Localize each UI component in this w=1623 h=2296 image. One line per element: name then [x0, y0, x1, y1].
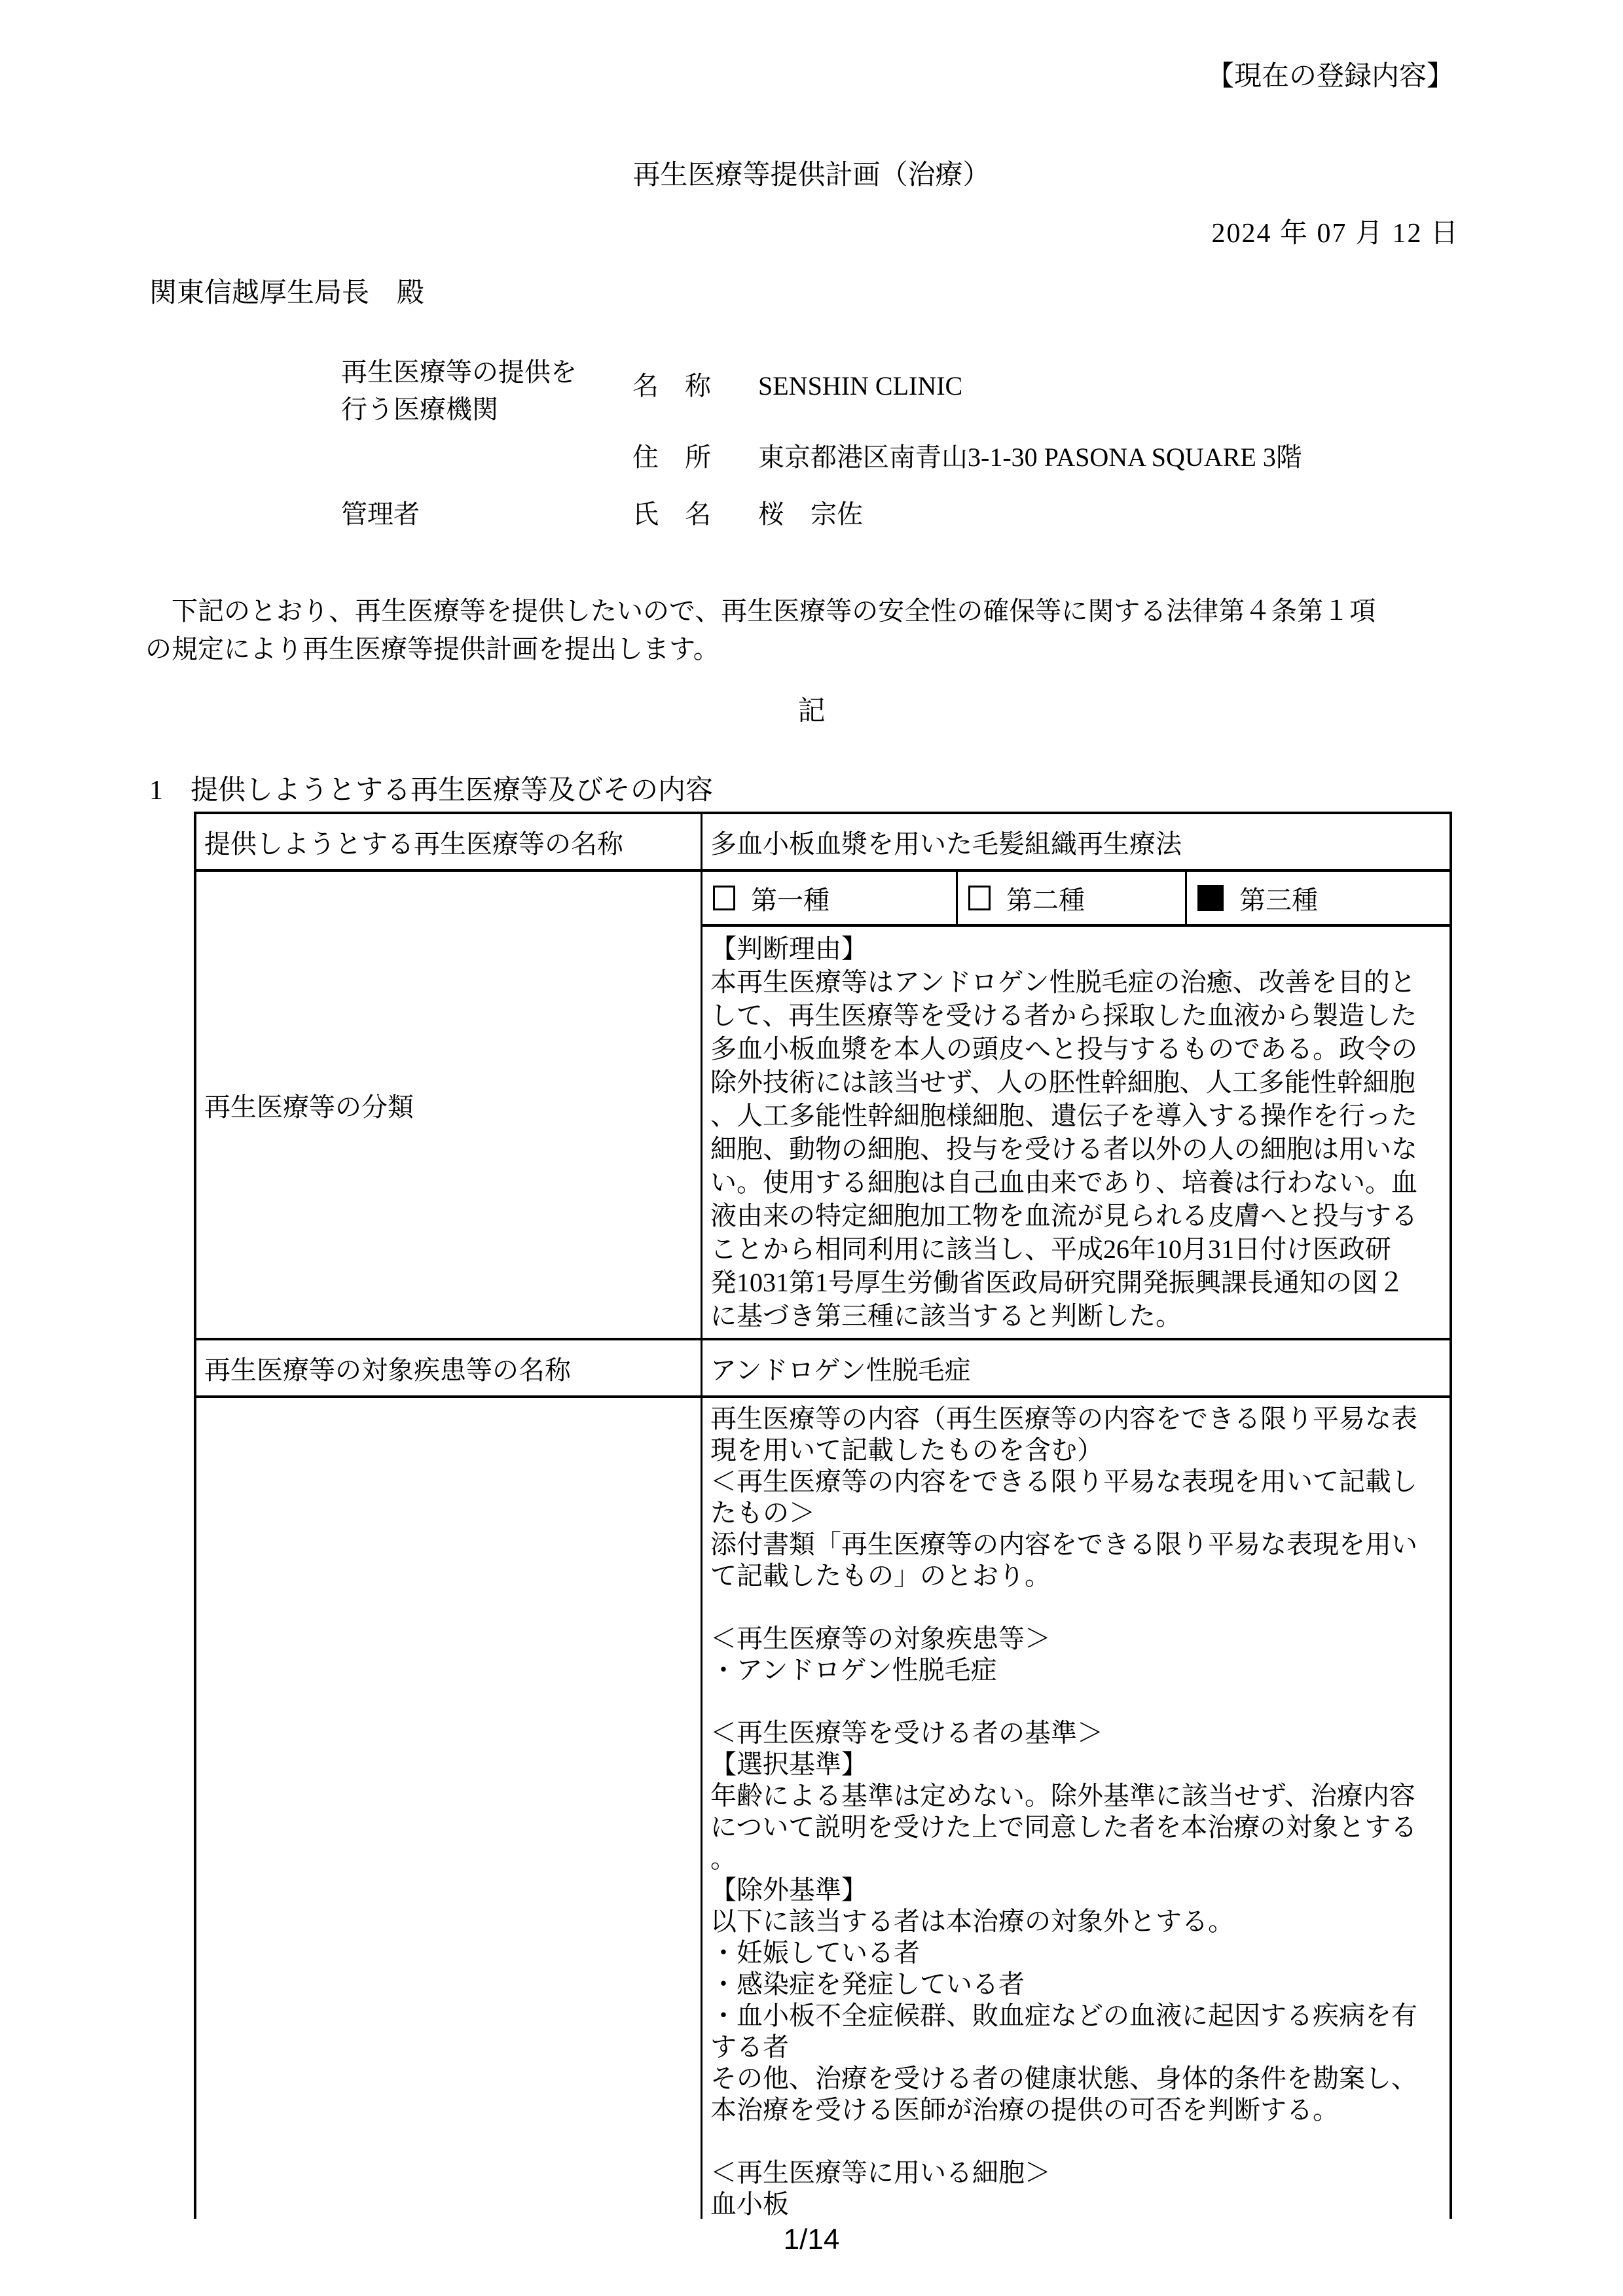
- treatment-name-value: 多血小板血漿を用いた毛髪組織再生療法: [702, 814, 1450, 869]
- ki-mark: 記: [0, 695, 1623, 728]
- section1-heading: 1 提供しようとする再生医療等及びその内容: [149, 774, 713, 807]
- document-title: 再生医療等提供計画（治療）: [0, 159, 1623, 192]
- class2-option: 第二種: [958, 872, 1187, 924]
- table-row-treatment-name: 提供しようとする再生医療等の名称 多血小板血漿を用いた毛髪組織再生療法: [196, 814, 1450, 872]
- class1-option: 第一種: [702, 872, 958, 924]
- class3-option: 第三種: [1187, 872, 1450, 924]
- intro-paragraph: 下記のとおり、再生医療等を提供したいので、再生医療等の安全性の確保等に関する法律…: [145, 592, 1494, 668]
- class2-checkbox: [968, 886, 991, 910]
- clinic-address-value: 東京都港区南青山3-1-30 PASONA SQUARE 3階: [758, 442, 1302, 473]
- classification-right-column: 第一種 第二種 第三種 【判断理由】 本再生医療等はアンドロゲン性脱毛症の治癒、…: [702, 872, 1450, 1338]
- classification-checkbox-row: 第一種 第二種 第三種: [702, 872, 1450, 927]
- table-row-treatment-content: 再生医療等の内容（再生医療等の内容をできる限り平易な表 現を用いて記載したものを…: [196, 1398, 1450, 2219]
- provider-organization-label: 再生医療等の提供を 行う医療機関: [341, 353, 577, 428]
- addressee-line: 関東信越厚生局長 殿: [149, 277, 424, 310]
- manager-name-value: 桜 宗佐: [758, 499, 863, 530]
- class1-checkbox: [713, 886, 735, 910]
- address-field-label: 住 所: [632, 442, 711, 473]
- clinic-name-value: SENSHIN CLINIC: [758, 370, 962, 402]
- classification-label: 再生医療等の分類: [196, 872, 702, 1338]
- class3-label: 第三種: [1239, 880, 1318, 917]
- class1-label: 第一種: [751, 880, 830, 917]
- target-disease-label: 再生医療等の対象疾患等の名称: [196, 1340, 702, 1395]
- classification-reason-text: 【判断理由】 本再生医療等はアンドロゲン性脱毛症の治癒、改善を目的と して、再生…: [702, 927, 1450, 1338]
- registration-status-label: 【現在の登録内容】: [1207, 60, 1454, 93]
- name-field-label: 名 称: [632, 370, 711, 402]
- manager-label: 管理者: [341, 499, 420, 530]
- document-page: 【現在の登録内容】 再生医療等提供計画（治療） 2024 年 07 月 12 日…: [0, 0, 1623, 2296]
- document-date: 2024 年 07 月 12 日: [1211, 217, 1459, 250]
- page-number: 1/14: [0, 2223, 1623, 2257]
- manager-name-field-label: 氏 名: [632, 499, 711, 530]
- class3-checkbox: [1197, 885, 1224, 911]
- table-row-target-disease: 再生医療等の対象疾患等の名称 アンドロゲン性脱毛症: [196, 1340, 1450, 1398]
- class2-label: 第二種: [1006, 880, 1085, 917]
- treatment-plan-table: 提供しようとする再生医療等の名称 多血小板血漿を用いた毛髪組織再生療法 再生医療…: [194, 812, 1452, 2219]
- treatment-name-label: 提供しようとする再生医療等の名称: [196, 814, 702, 869]
- treatment-content-text: 再生医療等の内容（再生医療等の内容をできる限り平易な表 現を用いて記載したものを…: [702, 1398, 1450, 2219]
- treatment-content-label-cell: [196, 1398, 702, 2219]
- table-row-classification: 再生医療等の分類 第一種 第二種 第三種 【判断理由: [196, 872, 1450, 1340]
- target-disease-value: アンドロゲン性脱毛症: [702, 1340, 1450, 1395]
